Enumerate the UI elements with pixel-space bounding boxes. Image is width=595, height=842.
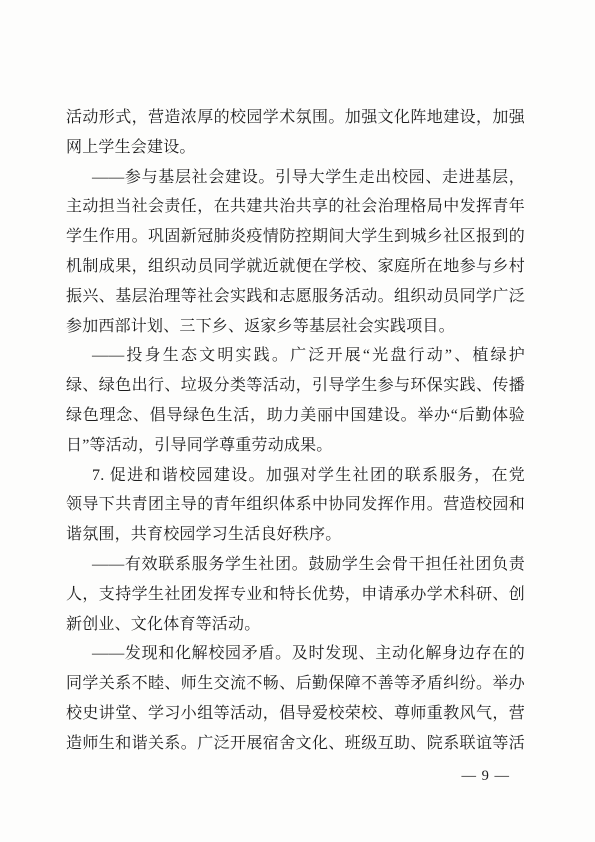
text-line: 新创业、文化体育等活动。	[66, 610, 525, 640]
text-line: 人，支持学生社团发挥专业和特长优势，申请承办学术科研、创	[66, 580, 525, 610]
text-line: 7. 促进和谐校园建设。加强对学生社团的联系服务，在党	[66, 461, 525, 491]
paragraph: 7. 促进和谐校园建设。加强对学生社团的联系服务，在党领导下共青团主导的青年组织…	[66, 461, 525, 550]
text-line: 日”等活动，引导同学尊重劳动成果。	[66, 431, 525, 461]
text-line: 同学关系不睦、师生交流不畅、后勤保障不善等矛盾纠纷。举办	[66, 669, 525, 699]
text-line: 振兴、基层治理等社会实践和志愿服务活动。组织动员同学广泛	[66, 282, 525, 312]
text-line: 造师生和谐关系。广泛开展宿舍文化、班级互助、院系联谊等活	[66, 729, 525, 759]
text-line: ——投身生态文明实践。广泛开展“光盘行动”、植绿护	[66, 341, 525, 371]
text-line: 绿色理念、倡导绿色生活，助力美丽中国建设。举办“后勤体验	[66, 401, 525, 431]
text-line: 参加西部计划、三下乡、返家乡等基层社会实践项目。	[66, 312, 525, 342]
text-line: 网上学生会建设。	[66, 133, 525, 163]
text-line: 谐氛围，共育校园学习生活良好秩序。	[66, 520, 525, 550]
document-page: 活动形式，营造浓厚的校园学术氛围。加强文化阵地建设，加强网上学生会建设。——参与…	[0, 0, 595, 842]
text-line: ——发现和化解校园矛盾。及时发现、主动化解身边存在的	[66, 639, 525, 669]
text-line: 学生作用。巩固新冠肺炎疫情防控期间大学生到城乡社区报到的	[66, 222, 525, 252]
text-line: 活动形式，营造浓厚的校园学术氛围。加强文化阵地建设，加强	[66, 103, 525, 133]
paragraph: ——参与基层社会建设。引导大学生走出校园、走进基层，主动担当社会责任，在共建共治…	[66, 163, 525, 342]
paragraph: ——投身生态文明实践。广泛开展“光盘行动”、植绿护绿、绿色出行、垃圾分类等活动，…	[66, 341, 525, 460]
text-line: ——参与基层社会建设。引导大学生走出校园、走进基层，	[66, 163, 525, 193]
text-line: 绿、绿色出行、垃圾分类等活动，引导学生参与环保实践、传播	[66, 371, 525, 401]
paragraph: ——有效联系服务学生社团。鼓励学生会骨干担任社团负责人，支持学生社团发挥专业和特…	[66, 550, 525, 639]
text-line: 机制成果，组织动员同学就近就便在学校、家庭所在地参与乡村	[66, 252, 525, 282]
text-line: 领导下共青团主导的青年组织体系中协同发挥作用。营造校园和	[66, 490, 525, 520]
text-line: 主动担当社会责任，在共建共治共享的社会治理格局中发挥青年	[66, 192, 525, 222]
text-line: ——有效联系服务学生社团。鼓励学生会骨干担任社团负责	[66, 550, 525, 580]
document-body: 活动形式，营造浓厚的校园学术氛围。加强文化阵地建设，加强网上学生会建设。——参与…	[66, 103, 525, 759]
text-line: 校史讲堂、学习小组等活动，倡导爱校荣校、尊师重教风气，营	[66, 699, 525, 729]
page-number: — 9 —	[462, 766, 511, 786]
paragraph: 活动形式，营造浓厚的校园学术氛围。加强文化阵地建设，加强网上学生会建设。	[66, 103, 525, 163]
paragraph: ——发现和化解校园矛盾。及时发现、主动化解身边存在的同学关系不睦、师生交流不畅、…	[66, 639, 525, 758]
